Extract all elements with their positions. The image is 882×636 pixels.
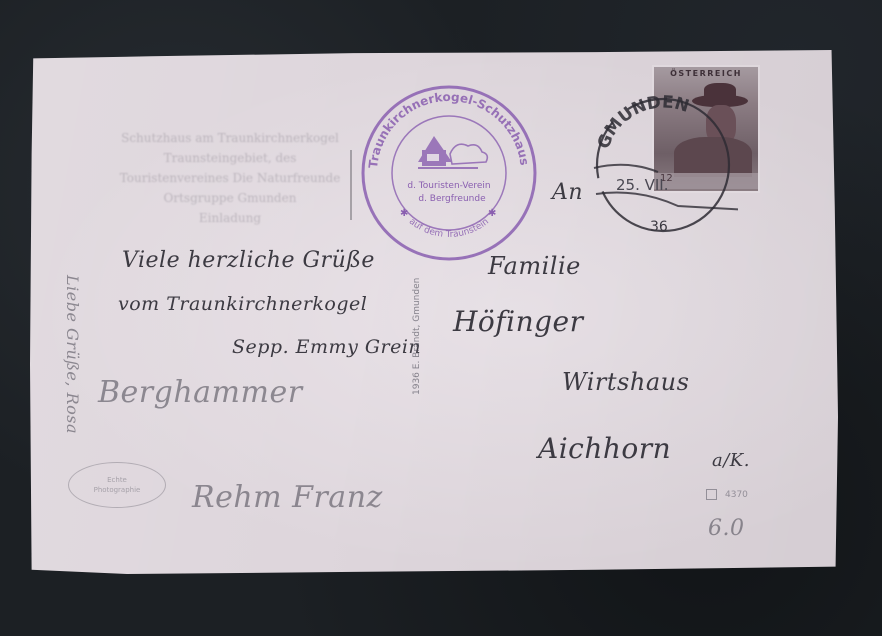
catalog-number-text: 4370 [725,490,748,500]
svg-text:✱: ✱ [488,208,496,219]
mountain-hut-icon [418,136,487,168]
photo-oval-stamp: Echte Photographie [68,462,166,508]
hut-rubber-stamp: Traunkirchnerkogel-Schutzhaus 1561 m auf… [360,84,538,262]
message-line-2: vom Traunkirchnerkogel [118,293,367,315]
left-vertical-note: Liebe Grüße, Rosa [63,275,82,434]
address-an: An [552,180,583,205]
stamp-country: ÖSTERREICH [654,69,758,78]
printed-line: Schutzhaus am Traunkirchnerkogel [90,128,370,148]
hut-stamp-inner-line2: d. Bergfreunde [418,194,486,204]
printed-line: Ortsgruppe Gmunden [90,188,370,208]
oval-stamp-line: Photographie [69,485,165,495]
postmark-date: 25. VII. [616,176,669,194]
printed-line: Touristenvereines Die Naturfreunde [90,168,370,188]
publisher-imprint: 1936 E. Brandt, Gmunden [412,278,422,395]
gmunden-postmark: GMUNDEN 25. VII. 36 [588,90,738,240]
postmark-year: 36 [650,219,668,235]
message-line-3: Sepp. Emmy Grein [232,336,421,358]
address-line-2: Höfinger [453,305,584,338]
svg-text:GMUNDEN: GMUNDEN [594,92,692,151]
oval-stamp-line: Echte [69,475,165,485]
signature-1: Berghammer [98,375,303,410]
svg-text:auf dem Traunstein: auf dem Traunstein [407,217,491,240]
address-line-3: Wirtshaus [562,368,689,396]
svg-text:✱: ✱ [400,208,408,219]
catalog-box-icon [706,489,717,500]
address-line-4: Aichhorn [538,432,671,465]
printed-line: Traunsteingebiet, des [90,148,370,168]
hut-stamp-inner-line1: d. Touristen-Verein [407,181,490,191]
address-line-4-suffix: a/K. [712,450,750,471]
hut-stamp-bottom-text: auf dem Traunstein [407,217,491,240]
divider-line [350,150,352,220]
pencil-note: 6.0 [708,516,745,541]
message-line-1: Viele herzliche Grüße [122,248,375,273]
catalog-number: 4370 [706,489,748,500]
postmark-town: GMUNDEN [594,92,692,151]
address-line-1: Familie [488,252,581,280]
printed-line: Einladung [90,208,370,228]
signature-2: Rehm Franz [192,480,383,515]
faded-printed-text: Schutzhaus am Traunkirchnerkogel Traunst… [90,128,370,228]
